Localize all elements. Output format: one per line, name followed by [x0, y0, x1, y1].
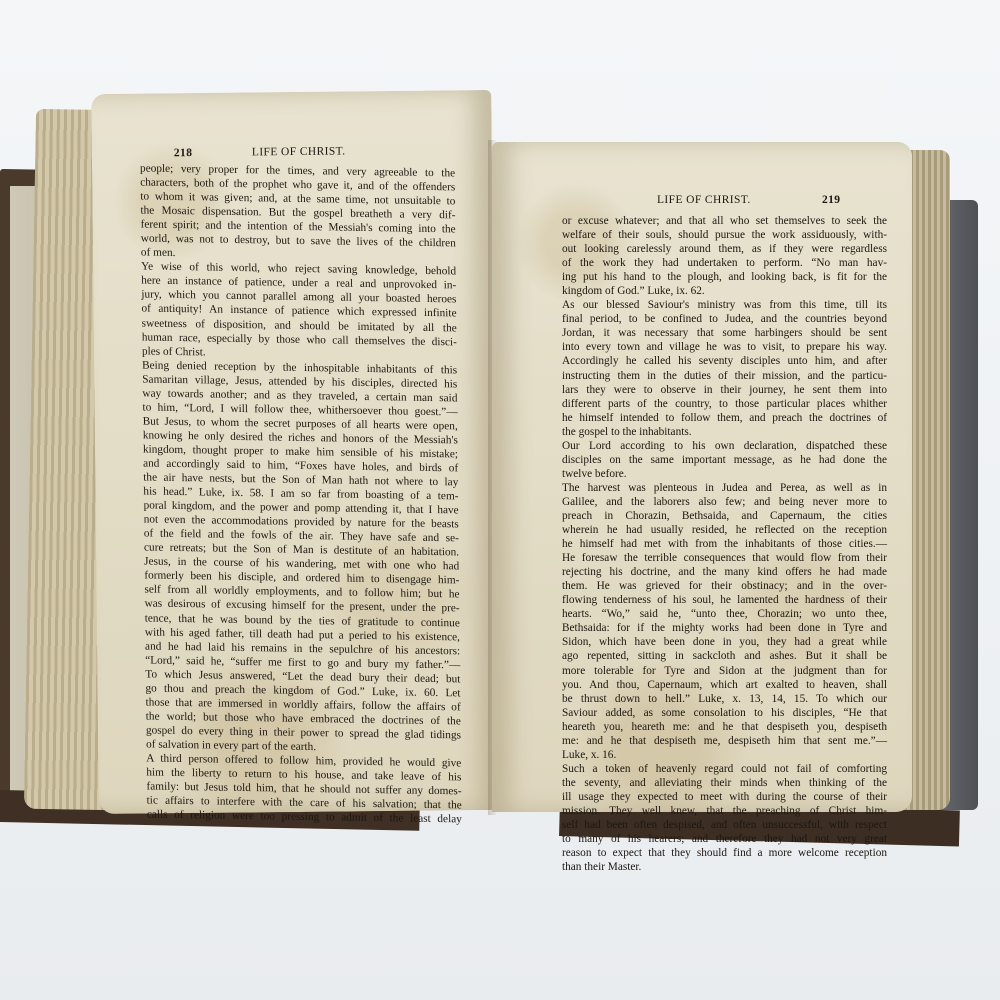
- text-line: rejecting his doctrine, and the many kin…: [562, 565, 887, 579]
- text-line: or excuse whatever; and that all who set…: [562, 214, 887, 228]
- text-line: Our Lord according to his own declaratio…: [562, 439, 887, 453]
- text-line: he himself had met with from the inhabit…: [562, 537, 887, 551]
- page-body-text: or excuse whatever; and that all who set…: [562, 214, 887, 874]
- text-line: The harvest was plenteous in Judea and P…: [562, 481, 887, 495]
- text-line: kingdom of God.” Luke, ix. 62.: [562, 284, 887, 298]
- text-line: to many of his hearers; and therefore th…: [562, 832, 887, 846]
- text-line: ago repented, sitting in sackcloth and a…: [562, 649, 887, 663]
- text-line: lars they were to observe in their journ…: [562, 383, 887, 397]
- text-line: be thrust down to hell.” Luke, x. 13, 14…: [562, 692, 887, 706]
- text-line: out looking carelessly around them, as i…: [562, 242, 887, 256]
- text-line: Accordingly he called his seventy discip…: [562, 354, 887, 368]
- text-line: Bethsaida: for if the mighty works had b…: [562, 621, 887, 635]
- text-line: preach in Chorazin, Bethsaida, and Caper…: [562, 509, 887, 523]
- text-line: Galilee, and the laborers also few; and …: [562, 495, 887, 509]
- text-line: As our blessed Saviour's ministry was fr…: [562, 298, 887, 312]
- text-line: wherein he had usually resided, he refle…: [562, 523, 887, 537]
- left-page: 218 LIFE OF CHRIST. people; very proper …: [91, 90, 499, 814]
- text-line: you. And thou, Capernaum, which art exal…: [562, 678, 887, 692]
- running-head: LIFE OF CHRIST.: [252, 145, 346, 158]
- text-line: into every town and village he was to vi…: [562, 340, 887, 354]
- text-line: the seventy, and alleviating their minds…: [562, 776, 887, 790]
- page-number: 218: [174, 147, 193, 159]
- text-line: He foresaw the terrible consequences tha…: [562, 551, 887, 565]
- text-line: flowing tenderness of his soul, he lamen…: [562, 593, 887, 607]
- text-line: Saviour added, as some consolation to hi…: [562, 706, 887, 720]
- text-line: Sidon, which have been done in you, they…: [562, 635, 887, 649]
- text-line: ing put his hand to the plough, and look…: [562, 270, 887, 284]
- text-line: mission. They well knew, that the preach…: [562, 804, 887, 818]
- text-line: twelve before.: [562, 467, 887, 481]
- text-line: final period, to be confined to Judea, a…: [562, 312, 887, 326]
- text-line: the gospel to the inhabitants.: [562, 425, 887, 439]
- text-line: self had been often despised, and often …: [562, 818, 887, 832]
- text-line: instructing them in the duties of their …: [562, 369, 887, 383]
- text-line: me: and he that despiseth me, despiseth …: [562, 734, 887, 748]
- text-line: disciples on the same important message,…: [562, 453, 887, 467]
- text-line: Such a token of heavenly regard could no…: [562, 762, 887, 776]
- text-line: Jordan, it was necessary that some harbi…: [562, 326, 887, 340]
- text-line: of the work they had undertaken to perfo…: [562, 256, 887, 270]
- text-line: more tolerable for Tyre and Sidon at the…: [562, 664, 887, 678]
- page-number: 219: [822, 194, 840, 206]
- text-line: heareth you, heareth me: and he that des…: [562, 720, 887, 734]
- text-line: Luke, x. 16.: [562, 748, 887, 762]
- text-line: than their Master.: [562, 860, 887, 874]
- page-body-text: people; very proper for the times, and v…: [140, 161, 462, 826]
- running-head: LIFE OF CHRIST.: [657, 194, 751, 206]
- text-line: them. He was grieved for their obstinacy…: [562, 579, 887, 593]
- text-line: ill usage they expected to meet with dur…: [562, 790, 887, 804]
- text-line: welfare of their souls, should pursue th…: [562, 228, 887, 242]
- text-line: different parts of the country, to those…: [562, 397, 887, 411]
- text-line: he himself intended to follow them, and …: [562, 411, 887, 425]
- right-page: LIFE OF CHRIST. 219 or excuse whatever; …: [492, 142, 912, 812]
- text-line: reason to expect that they should find a…: [562, 846, 887, 860]
- text-line: hearts. “Wo,” said he, “unto thee, Chora…: [562, 607, 887, 621]
